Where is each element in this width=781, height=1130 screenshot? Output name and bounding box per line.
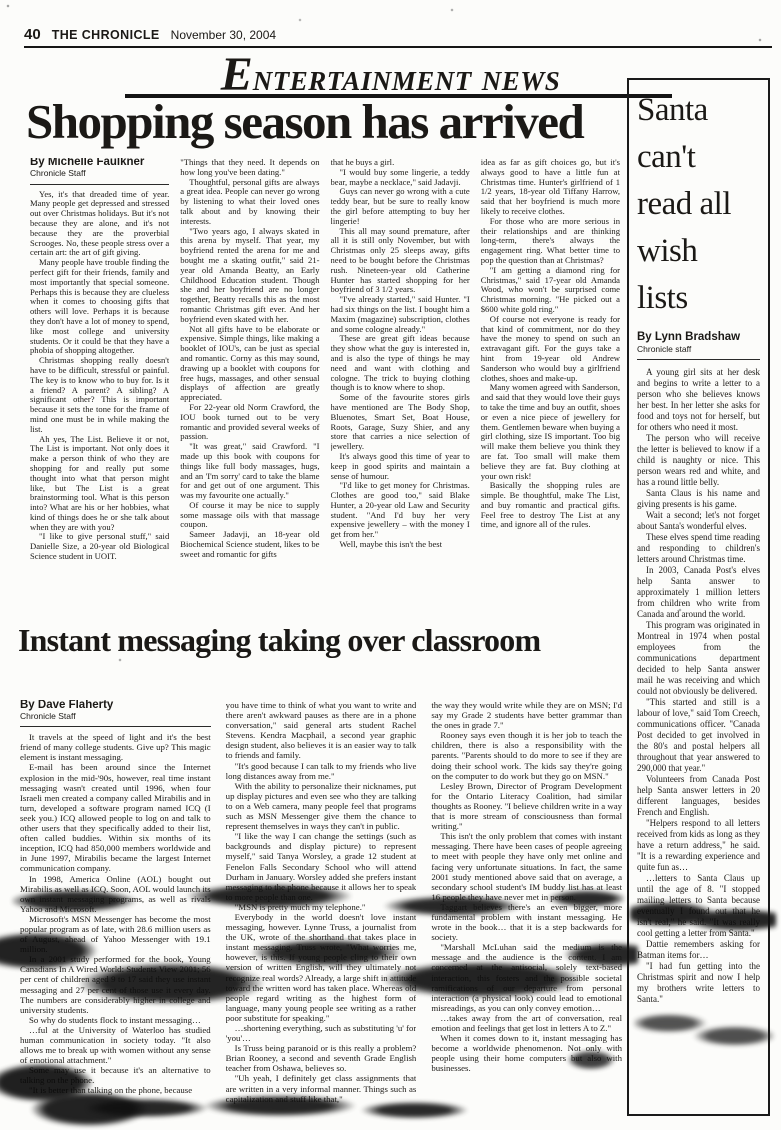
byline-shopping: By Michelle Faulkner Chronicle Staff	[30, 158, 169, 185]
paragraph: "Two years ago, I always skated in this …	[180, 227, 319, 325]
paragraph: Santa Claus is his name and giving prese…	[637, 488, 760, 510]
paragraph: E-mail has been around since the Interne…	[20, 762, 211, 873]
paragraph: "Things that they need. It depends on ho…	[180, 158, 319, 178]
paragraph: When it comes down to it, instant messag…	[431, 1033, 622, 1073]
paragraph: These elves spend time reading and respo…	[637, 532, 760, 565]
paragraph: you have time to think of what you want …	[226, 700, 417, 761]
article-column-1: By Michelle Faulkner Chronicle Staff Yes…	[30, 158, 169, 622]
paragraph: Taggart believes there's an even bigger,…	[431, 902, 622, 942]
paragraph: Microsoft's MSN Messenger has become the…	[20, 914, 211, 954]
paragraph: In 2003, Canada Post's elves help Santa …	[637, 565, 760, 620]
paragraph: Everybody in the world doesn't love inst…	[226, 912, 417, 1023]
paragraph: "It was great," said Crawford. "I made u…	[180, 442, 319, 501]
paragraph: …ful at the University of Waterloo has s…	[20, 1025, 211, 1065]
paragraph: This all may sound premature, after all …	[331, 227, 470, 296]
paragraph: "I like to give personal stuff," said Da…	[30, 532, 169, 561]
paragraph: "I'd like to get money for Christmas. Cl…	[331, 481, 470, 540]
paragraph: Guys can never go wrong with a cute tedd…	[331, 187, 470, 226]
paragraph: This isn't the only problem that comes w…	[431, 831, 622, 902]
paragraph: …letters to Santa Claus up until the age…	[637, 873, 760, 939]
paragraph: Dattie remembers asking for Batman items…	[637, 939, 760, 961]
article-column-2: you have time to think of what you want …	[226, 700, 417, 1128]
column-paragraphs: It travels at the speed of light and it'…	[20, 732, 211, 1095]
paragraph: Lesley Brown, Director of Program Develo…	[431, 781, 622, 831]
paragraph: Some may use it because it's an alternat…	[20, 1065, 211, 1085]
paragraph: So why do students flock to instant mess…	[20, 1015, 211, 1025]
paragraph: Sameer Jadavji, an 18-year old Biochemic…	[180, 530, 319, 559]
paragraph: "I am getting a diamond ring for Christm…	[481, 266, 620, 315]
byline-role: Chronicle staff	[637, 344, 760, 354]
article-column-3: the way they would write while they are …	[431, 700, 622, 1128]
paragraph: For those who are more serious in their …	[481, 217, 620, 266]
article-shopping-body: By Michelle Faulkner Chronicle Staff Yes…	[30, 158, 620, 622]
headline-line: lists	[637, 275, 760, 322]
headline-line: can't	[637, 134, 760, 181]
paragraph: The person who will receive the letter i…	[637, 433, 760, 488]
paragraph: Not all gifts have to be elaborate or ex…	[180, 325, 319, 403]
article-column-1: By Dave Flaherty Chronicle Staff It trav…	[20, 700, 211, 1128]
headline-instant-messaging: Instant messaging taking over classroom	[18, 622, 624, 659]
paragraph: Volunteers from Canada Post help Santa a…	[637, 774, 760, 818]
byline-santa: By Lynn Bradshaw Chronicle staff	[637, 331, 760, 360]
headline-line: read all	[637, 181, 760, 228]
paragraph: …takes away from the art of conversation…	[431, 1013, 622, 1033]
paragraph: "I had fun getting into the Christmas sp…	[637, 961, 760, 1005]
byline-role: Chronicle Staff	[30, 169, 169, 179]
paragraph: Is Truss being paranoid or is this reall…	[226, 1043, 417, 1073]
headline-shopping: Shopping season has arrived	[26, 96, 624, 147]
santa-paragraphs: A young girl sits at her desk and begins…	[637, 367, 760, 1005]
paragraph: "Uh yeah, I definitely get class assignm…	[226, 1073, 417, 1103]
sidebar-santa-article: Santacan'tread allwishlists By Lynn Brad…	[627, 78, 770, 1116]
byline-name: By Dave Flaherty	[20, 700, 211, 710]
paragraph: "I would buy some lingerie, a teddy bear…	[331, 168, 470, 188]
newspaper-page: 40 THE CHRONICLE November 30, 2004 ENTER…	[0, 0, 781, 1130]
paragraph: "It's good because I can talk to my frie…	[226, 761, 417, 781]
paragraph: "I've already started," said Hunter. "I …	[331, 295, 470, 334]
paragraph: Of course not everyone is ready for that…	[481, 315, 620, 384]
paragraph: Ah yes, The List. Believe it or not, The…	[30, 435, 169, 533]
article-column-3: that he buys a girl."I would buy some li…	[331, 158, 470, 622]
article-im-body: By Dave Flaherty Chronicle Staff It trav…	[20, 700, 622, 1128]
paragraph: Some of the favourite stores girls have …	[331, 393, 470, 452]
paragraph: It travels at the speed of light and it'…	[20, 732, 211, 762]
paragraph: Yes, it's that dreaded time of year. Man…	[30, 190, 169, 259]
paragraph: "It is better than talking on the phone,…	[20, 1085, 211, 1095]
headline-line: Santa	[637, 87, 760, 134]
byline-role: Chronicle Staff	[20, 711, 211, 721]
paragraph: Well, maybe this isn't the best	[331, 540, 470, 550]
banner-word2: NEWS	[482, 66, 561, 96]
paragraph: …shortening everything, such as substitu…	[226, 1023, 417, 1043]
page-header: 40 THE CHRONICLE November 30, 2004	[24, 26, 767, 43]
paragraph: idea as far as gift choices go, but it's…	[481, 158, 620, 217]
paragraph: Many people have trouble finding the per…	[30, 258, 169, 356]
headline-santa: Santacan'tread allwishlists	[637, 87, 760, 322]
paragraph: Basically the shopping rules are simple.…	[481, 481, 620, 530]
paragraph: This program was originated in Montreal …	[637, 620, 760, 697]
paragraph: Rooney says even though it is her job to…	[431, 730, 622, 780]
page-number: 40	[24, 26, 41, 43]
article-column-2: "Things that they need. It depends on ho…	[180, 158, 319, 622]
byline-name: By Lynn Bradshaw	[637, 331, 760, 343]
paragraph: "MSN is pretty much my telephone."	[226, 902, 417, 912]
byline-name: By Michelle Faulkner	[30, 158, 169, 168]
paragraph: Christmas shopping really doesn't have t…	[30, 356, 169, 434]
paragraph: "Helpers respond to all letters received…	[637, 818, 760, 873]
paragraph: "Marshall McLuhan said the medium is the…	[431, 942, 622, 1013]
paragraph: A young girl sits at her desk and begins…	[637, 367, 760, 433]
paragraph: For 22-year old Norm Crawford, the IOU b…	[180, 403, 319, 442]
paragraph: "This started and still is a labour of l…	[637, 697, 760, 774]
paragraph: With the ability to personalize their ni…	[226, 781, 417, 831]
issue-date: November 30, 2004	[171, 28, 276, 42]
banner-word1: NTERTAINMENT	[253, 66, 472, 96]
paragraph: Wait a second; let's not forget about Sa…	[637, 510, 760, 532]
article-column-4: idea as far as gift choices go, but it's…	[481, 158, 620, 622]
column-paragraphs: Yes, it's that dreaded time of year. Man…	[30, 190, 169, 562]
paragraph: Many women agreed with Sanderson, and sa…	[481, 383, 620, 481]
paragraph: Of course it may be nice to supply some …	[180, 501, 319, 530]
masthead: THE CHRONICLE	[52, 28, 160, 42]
paragraph: In 1998, America Online (AOL) bought out…	[20, 874, 211, 914]
paragraph: "I like the way I can change the setting…	[226, 831, 417, 902]
paragraph: These are great gift ideas because they …	[331, 334, 470, 393]
byline-im: By Dave Flaherty Chronicle Staff	[20, 700, 211, 727]
paragraph: Thoughtful, personal gifts are always a …	[180, 178, 319, 227]
paragraph: In a 2001 study performed for the book, …	[20, 954, 211, 1015]
headline-line: wish	[637, 228, 760, 275]
paragraph: the way they would write while they are …	[431, 700, 622, 730]
paragraph: It's always good this time of year to ke…	[331, 452, 470, 481]
